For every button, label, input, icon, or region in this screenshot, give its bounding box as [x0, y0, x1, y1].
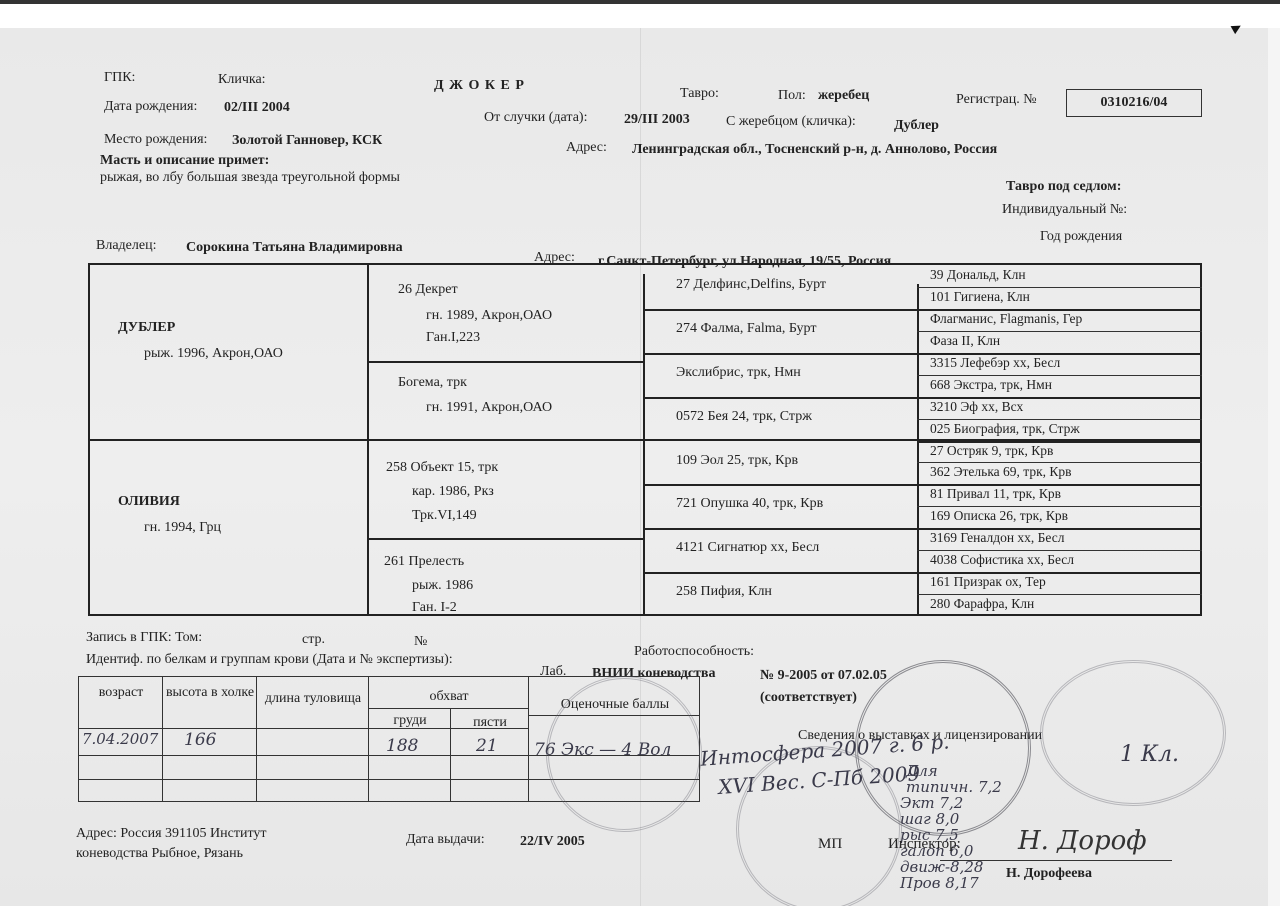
great-grandparent: 109 Эол 25, трк, Крв	[676, 451, 798, 471]
birth-date-value: 02/III 2004	[224, 100, 290, 116]
grandparent-line3: Трк.VI,149	[412, 506, 477, 526]
pedigree-divider	[643, 528, 917, 530]
breeder-address-value: Ленинградская обл., Тосненский р-н, д. А…	[632, 142, 997, 158]
saddle-brand-label: Тавро под седлом:	[1006, 179, 1121, 195]
mating-value: 29/III 2003	[624, 112, 690, 128]
birthplace-label: Место рождения:	[104, 132, 207, 148]
great-grandparent: 258 Пифия, Клн	[676, 582, 772, 602]
inspector-label: Инспектор:	[888, 836, 961, 853]
great-grandparent: 0572 Бея 24, трк, Стрж	[676, 407, 812, 427]
registration-number: 0310216/04	[1066, 89, 1202, 117]
pedigree-divider	[917, 284, 919, 616]
registration-label: Регистрац. №	[956, 92, 1037, 108]
sex-value: жеребец	[818, 88, 869, 104]
grandparent-line3: Ган.I,223	[426, 328, 480, 348]
table-divider	[528, 677, 529, 802]
great-great-grandparent: 101 Гигиена, Клн	[930, 287, 1030, 307]
stamp-licensing-icon	[1040, 660, 1226, 806]
measure-height: 166	[184, 730, 216, 750]
scan-edge	[0, 0, 1280, 4]
stamp-federation-icon	[546, 676, 702, 832]
great-great-grandparent: 3315 Лефебэр хх, Бесл	[930, 353, 1060, 373]
grandparent-line2: рыж. 1986	[412, 576, 473, 596]
birthplace-value: Золотой Ганновер, КСК	[232, 133, 382, 149]
grandparent-line1: 258 Объект 15, трк	[386, 458, 498, 478]
measure-age: 7.04.2007	[82, 730, 158, 748]
pedigree-divider	[643, 309, 917, 311]
expertise-result: (соответствует)	[760, 690, 857, 706]
mating-label: От случки (дата):	[484, 110, 587, 126]
table-divider	[368, 677, 369, 802]
stallion-label: С жеребцом (кличка):	[726, 114, 856, 130]
horse-name: Д Ж О К Е Р	[434, 78, 525, 94]
great-great-grandparent: 362 Этелька 69, трк, Крв	[930, 462, 1072, 482]
great-great-grandparent: 161 Призрак ох, Тер	[930, 572, 1046, 592]
pedigree-divider	[367, 538, 643, 540]
inspector-name: Н. Дорофеева	[1006, 866, 1092, 882]
page-label: стр.	[302, 632, 325, 648]
pedigree-divider	[367, 361, 643, 363]
birth-year-label: Год рождения	[1040, 229, 1122, 245]
grandparent-line1: 261 Прелесть	[384, 552, 464, 572]
measure-cannon: 21	[476, 736, 498, 756]
brand-label: Тавро:	[680, 86, 719, 102]
pedigree-divider	[643, 353, 917, 355]
scan-top-margin	[0, 0, 1280, 30]
great-great-grandparent: 27 Остряк 9, трк, Крв	[930, 441, 1053, 461]
great-great-grandparent: Фаза II, Клн	[930, 331, 1000, 351]
expertise-value: № 9-2005 от 07.02.05	[760, 668, 887, 684]
measure-chest: 188	[386, 736, 418, 756]
identification-label: Идентиф. по белкам и группам крови (Дата…	[86, 652, 453, 668]
great-great-grandparent: 169 Описка 26, трк, Крв	[930, 506, 1068, 526]
seal-place-label: МП	[818, 836, 842, 853]
table-divider	[368, 708, 528, 709]
header-girth: обхват	[370, 688, 528, 706]
birth-date-label: Дата рождения:	[104, 99, 197, 115]
sex-label: Пол:	[778, 88, 806, 104]
pedigree-divider	[643, 397, 917, 399]
institute-address-line1: Адрес: Россия 391105 Институт	[76, 826, 267, 842]
number-label: №	[414, 634, 427, 650]
owner-label: Владелец:	[96, 238, 156, 254]
table-divider	[256, 677, 257, 802]
dam-info: гн. 1994, Грц	[144, 518, 221, 538]
performance-label: Работоспособность:	[634, 644, 754, 660]
header-age: возраст	[80, 684, 162, 702]
great-grandparent: 4121 Сигнатюр хх, Бесл	[676, 538, 819, 558]
great-grandparent: 274 Фалма, Falma, Бурт	[676, 319, 816, 339]
great-great-grandparent: 3210 Эф хх, Всх	[930, 397, 1023, 417]
license-class: 1 Кл.	[1120, 742, 1179, 767]
header-length: длина туловища	[258, 690, 368, 708]
owner-value: Сорокина Татьяна Владимировна	[186, 240, 403, 256]
gpk-label: ГПК:	[104, 70, 135, 86]
header-chest: груди	[370, 712, 450, 730]
pedigree-divider	[643, 484, 917, 486]
inspector-signature: Н. Дороф	[1018, 826, 1147, 856]
name-label: Кличка:	[218, 72, 266, 88]
sire-name: ДУБЛЕР	[118, 318, 175, 338]
great-great-grandparent: Флагманис, Flagmanis, Гер	[930, 309, 1082, 329]
dam-name: ОЛИВИЯ	[118, 492, 180, 512]
great-great-grandparent: 81 Привал 11, трк, Крв	[930, 484, 1061, 504]
institute-address-line2: коневодства Рыбное, Рязань	[76, 846, 243, 862]
grandparent-line2: гн. 1989, Акрон,ОАО	[426, 306, 552, 326]
pedigree-divider	[643, 274, 645, 616]
header-height: высота в холке	[164, 684, 256, 702]
issue-date-value: 22/IV 2005	[520, 834, 585, 850]
pedigree-divider	[643, 572, 917, 574]
stallion-value: Дублер	[894, 118, 939, 134]
great-grandparent: 27 Делфинс,Delfins, Бурт	[676, 275, 826, 295]
individual-number-label: Индивидуальный №:	[1002, 202, 1127, 218]
great-great-grandparent: 280 Фарафра, Клн	[930, 594, 1034, 614]
great-great-grandparent: 4038 Софистика хх, Бесл	[930, 550, 1074, 570]
grandparent-line2: гн. 1991, Акрон,ОАО	[426, 398, 552, 418]
great-great-grandparent: 668 Экстра, трк, Нмн	[930, 375, 1052, 395]
header-cannon: пясти	[452, 714, 528, 732]
great-grandparent: Экслибрис, трк, Нмн	[676, 363, 801, 383]
table-divider	[162, 677, 163, 802]
great-great-grandparent: 39 Дональд, Клн	[930, 265, 1026, 285]
issue-date-label: Дата выдачи:	[406, 832, 485, 848]
grandparent-line2: кар. 1986, Ркз	[412, 482, 494, 502]
breeder-address-label: Адрес:	[566, 140, 607, 156]
color-label: Масть и описание примет:	[100, 153, 269, 169]
great-great-grandparent: 3169 Геналдон хх, Бесл	[930, 528, 1065, 548]
sire-info: рыж. 1996, Акрон,ОАО	[144, 344, 283, 364]
grandparent-line1: 26 Декрет	[398, 280, 458, 300]
score-note: Пров 8,17	[900, 874, 979, 892]
great-grandparent: 721 Опушка 40, трк, Крв	[676, 494, 823, 514]
color-description: рыжая, во лбу большая звезда треугольной…	[100, 170, 400, 186]
signature-line	[940, 860, 1172, 861]
grandparent-line3: Ган. I-2	[412, 598, 457, 618]
grandparent-line1: Богема, трк	[398, 373, 467, 393]
scan-right-margin	[1268, 28, 1280, 906]
gpk-record-label: Запись в ГПК: Том:	[86, 630, 202, 646]
great-great-grandparent: 025 Биография, трк, Стрж	[930, 419, 1080, 439]
